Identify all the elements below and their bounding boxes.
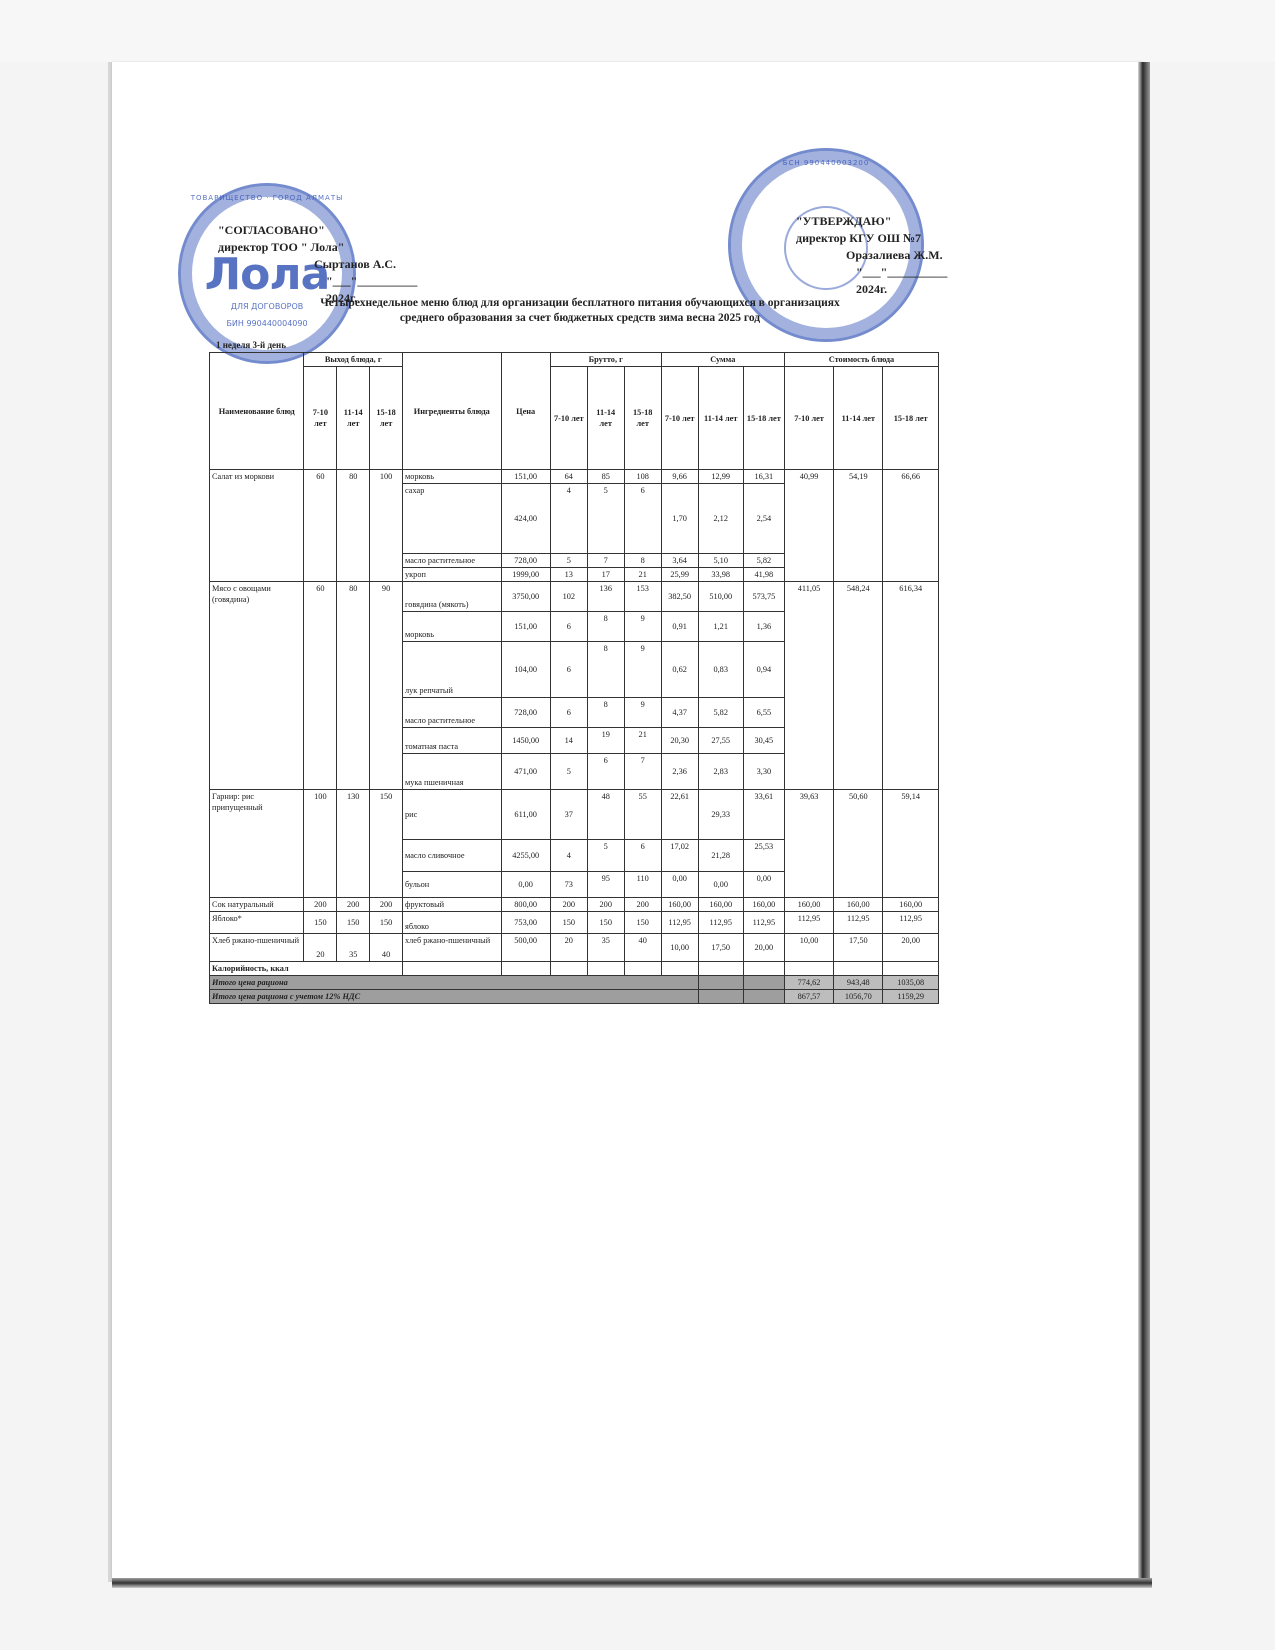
gross-cell: 73 xyxy=(550,872,587,898)
header-gross: Брутто, г xyxy=(550,353,661,367)
sum-cell: 17,50 xyxy=(698,934,743,962)
gross-cell: 55 xyxy=(624,790,661,840)
total-15-18: 1035,08 xyxy=(883,976,939,990)
gross-cell: 5 xyxy=(587,484,624,554)
cost-cell: 112,95 xyxy=(883,912,939,934)
header-price: Цена xyxy=(501,353,550,470)
yield-cell: 100 xyxy=(370,470,403,582)
price-cell: 611,00 xyxy=(501,790,550,840)
price-cell: 471,00 xyxy=(501,754,550,790)
sum-cell: 3,64 xyxy=(661,554,698,568)
cost-cell: 40,99 xyxy=(784,470,833,582)
cost-cell: 59,14 xyxy=(883,790,939,898)
price-cell: 753,00 xyxy=(501,912,550,934)
cost-cell: 160,00 xyxy=(883,898,939,912)
sum-cell: 112,95 xyxy=(661,912,698,934)
total-row: Итого цена рациона 774,62 943,48 1035,08 xyxy=(210,976,939,990)
price-cell: 800,00 xyxy=(501,898,550,912)
cost-cell: 50,60 xyxy=(834,790,883,898)
sum-cell: 41,98 xyxy=(743,568,784,582)
dish-name: Мясо с овощами (говядина) xyxy=(210,582,304,790)
sum-cell: 25,53 xyxy=(743,840,784,872)
sum-cell: 1,36 xyxy=(743,612,784,642)
header-yield-7-10: 7-10 лет xyxy=(304,367,337,470)
gross-cell: 48 xyxy=(587,790,624,840)
ingredient-cell: фруктовый xyxy=(403,898,502,912)
sum-cell: 160,00 xyxy=(698,898,743,912)
approval-left: "СОГЛАСОВАНО" директор ТОО " Лола" Сырта… xyxy=(218,222,418,307)
approval-left-heading: "СОГЛАСОВАНО" xyxy=(218,222,418,239)
total-vat-11-14: 1056,70 xyxy=(834,990,883,1004)
gross-cell: 64 xyxy=(550,470,587,484)
total-vat-label: Итого цена рациона с учетом 12% НДС xyxy=(210,990,699,1004)
ingredient-cell: сахар xyxy=(403,484,502,554)
yield-cell: 20 xyxy=(304,934,337,962)
price-cell: 104,00 xyxy=(501,642,550,698)
table-row: Мясо с овощами (говядина) 60 80 90 говяд… xyxy=(210,582,939,612)
sum-cell: 20,30 xyxy=(661,728,698,754)
yield-cell: 150 xyxy=(370,912,403,934)
yield-cell: 80 xyxy=(337,582,370,790)
cost-cell: 616,34 xyxy=(883,582,939,790)
sum-cell: 0,94 xyxy=(743,642,784,698)
ingredient-cell: бульон xyxy=(403,872,502,898)
total-vat-7-10: 867,57 xyxy=(784,990,833,1004)
header-sum-11-14: 11-14 лет xyxy=(698,367,743,470)
gross-cell: 8 xyxy=(587,642,624,698)
gross-cell: 21 xyxy=(624,728,661,754)
cost-cell: 39,63 xyxy=(784,790,833,898)
ingredient-cell: масло растительное xyxy=(403,554,502,568)
approval-right: "УТВЕРЖДАЮ" директор КГУ ОШ №7 Оразалиев… xyxy=(796,213,946,298)
sum-cell: 1,21 xyxy=(698,612,743,642)
gross-cell: 4 xyxy=(550,484,587,554)
empty-cell xyxy=(784,962,833,976)
yield-cell: 100 xyxy=(304,790,337,898)
ingredient-cell: мука пшеничная xyxy=(403,754,502,790)
cost-cell: 17,50 xyxy=(834,934,883,962)
gross-cell: 5 xyxy=(587,840,624,872)
scan-background xyxy=(0,0,1275,62)
document-title: Четырехнедельное меню блюд для организац… xyxy=(300,296,860,326)
gross-cell: 9 xyxy=(624,612,661,642)
cost-cell: 10,00 xyxy=(784,934,833,962)
empty-cell xyxy=(698,976,743,990)
sum-cell: 0,00 xyxy=(698,872,743,898)
header-gross-11-14: 11-14 лет xyxy=(587,367,624,470)
gross-cell: 6 xyxy=(624,484,661,554)
total-11-14: 943,48 xyxy=(834,976,883,990)
gross-cell: 13 xyxy=(550,568,587,582)
empty-cell xyxy=(501,962,550,976)
header-gross-15-18: 15-18 лет xyxy=(624,367,661,470)
paper-edge-right xyxy=(1138,62,1150,1582)
ingredient-cell: рис xyxy=(403,790,502,840)
document-title-line1: Четырехнедельное меню блюд для организац… xyxy=(300,296,860,311)
empty-cell xyxy=(743,990,784,1004)
dish-name: Сок натуральный xyxy=(210,898,304,912)
gross-cell: 14 xyxy=(550,728,587,754)
dish-name: Яблоко* xyxy=(210,912,304,934)
empty-cell xyxy=(883,962,939,976)
approval-right-position: директор КГУ ОШ №7 xyxy=(796,230,946,247)
sum-cell: 0,83 xyxy=(698,642,743,698)
total-label: Итого цена рациона xyxy=(210,976,699,990)
header-yield-11-14: 11-14 лет xyxy=(337,367,370,470)
calories-label: Калорийность, ккал xyxy=(210,962,403,976)
gross-cell: 95 xyxy=(587,872,624,898)
sum-cell: 33,98 xyxy=(698,568,743,582)
ingredient-cell: говядина (мякоть) xyxy=(403,582,502,612)
total-vat-15-18: 1159,29 xyxy=(883,990,939,1004)
header-sum: Сумма xyxy=(661,353,784,367)
yield-cell: 90 xyxy=(370,582,403,790)
gross-cell: 6 xyxy=(550,698,587,728)
ingredient-cell: масло растительное xyxy=(403,698,502,728)
cost-cell: 160,00 xyxy=(784,898,833,912)
gross-cell: 8 xyxy=(624,554,661,568)
yield-cell: 150 xyxy=(370,790,403,898)
gross-cell: 6 xyxy=(550,612,587,642)
menu-table: Наименование блюд Выход блюда, г Ингреди… xyxy=(209,352,939,1004)
gross-cell: 153 xyxy=(624,582,661,612)
price-cell: 0,00 xyxy=(501,872,550,898)
sum-cell: 112,95 xyxy=(698,912,743,934)
sum-cell: 4,37 xyxy=(661,698,698,728)
sum-cell: 5,10 xyxy=(698,554,743,568)
cost-cell: 66,66 xyxy=(883,470,939,582)
sum-cell: 30,45 xyxy=(743,728,784,754)
header-yield: Выход блюда, г xyxy=(304,353,403,367)
header-cost-11-14: 11-14 лет xyxy=(834,367,883,470)
gross-cell: 17 xyxy=(587,568,624,582)
header-dish-name: Наименование блюд xyxy=(210,353,304,470)
gross-cell: 200 xyxy=(587,898,624,912)
gross-cell: 6 xyxy=(624,840,661,872)
gross-cell: 37 xyxy=(550,790,587,840)
header-ingredients: Ингредиенты блюда xyxy=(403,353,502,470)
yield-cell: 150 xyxy=(304,912,337,934)
header-sum-7-10: 7-10 лет xyxy=(661,367,698,470)
empty-cell xyxy=(624,962,661,976)
sum-cell: 9,66 xyxy=(661,470,698,484)
empty-cell xyxy=(587,962,624,976)
ingredient-cell: томатная паста xyxy=(403,728,502,754)
gross-cell: 5 xyxy=(550,554,587,568)
gross-cell: 102 xyxy=(550,582,587,612)
price-cell: 1999,00 xyxy=(501,568,550,582)
price-cell: 151,00 xyxy=(501,470,550,484)
header-cost: Стоимость блюда xyxy=(784,353,938,367)
sum-cell: 0,00 xyxy=(661,872,698,898)
sum-cell: 5,82 xyxy=(743,554,784,568)
yield-cell: 60 xyxy=(304,470,337,582)
sum-cell: 6,55 xyxy=(743,698,784,728)
sum-cell: 20,00 xyxy=(743,934,784,962)
yield-cell: 130 xyxy=(337,790,370,898)
yield-cell: 80 xyxy=(337,470,370,582)
sum-cell: 382,50 xyxy=(661,582,698,612)
yield-cell: 200 xyxy=(370,898,403,912)
header-cost-15-18: 15-18 лет xyxy=(883,367,939,470)
gross-cell: 9 xyxy=(624,698,661,728)
gross-cell: 5 xyxy=(550,754,587,790)
empty-cell xyxy=(550,962,587,976)
ingredient-cell: укроп xyxy=(403,568,502,582)
empty-cell xyxy=(834,962,883,976)
sum-cell: 112,95 xyxy=(743,912,784,934)
gross-cell: 200 xyxy=(624,898,661,912)
price-cell: 1450,00 xyxy=(501,728,550,754)
header-sum-15-18: 15-18 лет xyxy=(743,367,784,470)
table-row: Гарнир: рис припущенный 100 130 150 рис … xyxy=(210,790,939,840)
sum-cell: 5,82 xyxy=(698,698,743,728)
sum-cell: 2,36 xyxy=(661,754,698,790)
week-day-label: 1 неделя 3-й день xyxy=(216,340,286,350)
price-cell: 500,00 xyxy=(501,934,550,962)
sum-cell: 0,00 xyxy=(743,872,784,898)
price-cell: 3750,00 xyxy=(501,582,550,612)
sum-cell: 0,91 xyxy=(661,612,698,642)
price-cell: 4255,00 xyxy=(501,840,550,872)
header-cost-7-10: 7-10 лет xyxy=(784,367,833,470)
gross-cell: 8 xyxy=(587,698,624,728)
approval-right-heading: "УТВЕРЖДАЮ" xyxy=(796,213,946,230)
approval-right-name: Оразалиева Ж.М. xyxy=(796,247,946,264)
table-row: Хлеб ржано-пшеничный 20 35 40 хлеб ржано… xyxy=(210,934,939,962)
gross-cell: 35 xyxy=(587,934,624,962)
yield-cell: 200 xyxy=(337,898,370,912)
gross-cell: 7 xyxy=(587,554,624,568)
gross-cell: 40 xyxy=(624,934,661,962)
table-row: Сок натуральный 200 200 200 фруктовый 80… xyxy=(210,898,939,912)
table-row: Яблоко* 150 150 150 яблоко 753,00 150 15… xyxy=(210,912,939,934)
sum-cell: 2,12 xyxy=(698,484,743,554)
gross-cell: 6 xyxy=(550,642,587,698)
price-cell: 424,00 xyxy=(501,484,550,554)
price-cell: 728,00 xyxy=(501,698,550,728)
sum-cell: 2,83 xyxy=(698,754,743,790)
sum-cell: 10,00 xyxy=(661,934,698,962)
gross-cell: 110 xyxy=(624,872,661,898)
gross-cell: 9 xyxy=(624,642,661,698)
gross-cell: 108 xyxy=(624,470,661,484)
sum-cell: 160,00 xyxy=(661,898,698,912)
empty-cell xyxy=(743,962,784,976)
sum-cell: 21,28 xyxy=(698,840,743,872)
dish-name: Салат из моркови xyxy=(210,470,304,582)
paper-edge-bottom xyxy=(112,1578,1152,1588)
approval-left-position: директор ТОО " Лола" xyxy=(218,239,418,256)
empty-cell xyxy=(743,976,784,990)
empty-cell xyxy=(698,962,743,976)
stamp-right-bin: БСН 990440003200 xyxy=(783,159,870,167)
approval-right-date: "___"__________ 2024г. xyxy=(796,264,946,298)
empty-cell xyxy=(661,962,698,976)
gross-cell: 7 xyxy=(624,754,661,790)
cost-cell: 160,00 xyxy=(834,898,883,912)
empty-cell xyxy=(698,990,743,1004)
price-cell: 151,00 xyxy=(501,612,550,642)
gross-cell: 85 xyxy=(587,470,624,484)
cost-cell: 411,05 xyxy=(784,582,833,790)
cost-cell: 112,95 xyxy=(784,912,833,934)
gross-cell: 150 xyxy=(550,912,587,934)
gross-cell: 150 xyxy=(624,912,661,934)
dish-name: Гарнир: рис припущенный xyxy=(210,790,304,898)
gross-cell: 136 xyxy=(587,582,624,612)
yield-cell: 60 xyxy=(304,582,337,790)
cost-cell: 548,24 xyxy=(834,582,883,790)
ingredient-cell: морковь xyxy=(403,470,502,484)
header-yield-15-18: 15-18 лет xyxy=(370,367,403,470)
yield-cell: 150 xyxy=(337,912,370,934)
gross-cell: 4 xyxy=(550,840,587,872)
sum-cell: 12,99 xyxy=(698,470,743,484)
gross-cell: 6 xyxy=(587,754,624,790)
header-gross-7-10: 7-10 лет xyxy=(550,367,587,470)
sum-cell: 160,00 xyxy=(743,898,784,912)
sum-cell: 22,61 xyxy=(661,790,698,840)
cost-cell: 54,19 xyxy=(834,470,883,582)
sum-cell: 29,33 xyxy=(698,790,743,840)
sum-cell: 510,00 xyxy=(698,582,743,612)
approval-left-name: Сыртанов А.С. xyxy=(218,256,418,273)
sum-cell: 25,99 xyxy=(661,568,698,582)
dish-name: Хлеб ржано-пшеничный xyxy=(210,934,304,962)
sum-cell: 1,70 xyxy=(661,484,698,554)
ingredient-cell: яблоко xyxy=(403,912,502,934)
gross-cell: 200 xyxy=(550,898,587,912)
gross-cell: 21 xyxy=(624,568,661,582)
ingredient-cell: морковь xyxy=(403,612,502,642)
ingredient-cell: хлеб ржано-пшеничный xyxy=(403,934,502,962)
gross-cell: 150 xyxy=(587,912,624,934)
price-cell: 728,00 xyxy=(501,554,550,568)
cost-cell: 20,00 xyxy=(883,934,939,962)
stamp-left-bin: БИН 990440004090 xyxy=(226,319,307,328)
sum-cell: 16,31 xyxy=(743,470,784,484)
sum-cell: 33,61 xyxy=(743,790,784,840)
ingredient-cell: лук репчатый xyxy=(403,642,502,698)
yield-cell: 200 xyxy=(304,898,337,912)
sum-cell: 0,62 xyxy=(661,642,698,698)
gross-cell: 20 xyxy=(550,934,587,962)
gross-cell: 8 xyxy=(587,612,624,642)
yield-cell: 35 xyxy=(337,934,370,962)
total-vat-row: Итого цена рациона с учетом 12% НДС 867,… xyxy=(210,990,939,1004)
empty-cell xyxy=(403,962,502,976)
sum-cell: 2,54 xyxy=(743,484,784,554)
yield-cell: 40 xyxy=(370,934,403,962)
gross-cell: 19 xyxy=(587,728,624,754)
calories-row: Калорийность, ккал xyxy=(210,962,939,976)
sum-cell: 27,55 xyxy=(698,728,743,754)
cost-cell: 112,95 xyxy=(834,912,883,934)
document-title-line2: среднего образования за счет бюджетных с… xyxy=(300,311,860,326)
ingredient-cell: масло сливочное xyxy=(403,840,502,872)
stamp-left-rim: ТОВАРИЩЕСТВО · ГОРОД АЛМАТЫ xyxy=(191,194,344,202)
table-row: Салат из моркови 60 80 100 морковь 151,0… xyxy=(210,470,939,484)
sum-cell: 17,02 xyxy=(661,840,698,872)
sum-cell: 3,30 xyxy=(743,754,784,790)
total-7-10: 774,62 xyxy=(784,976,833,990)
sum-cell: 573,75 xyxy=(743,582,784,612)
